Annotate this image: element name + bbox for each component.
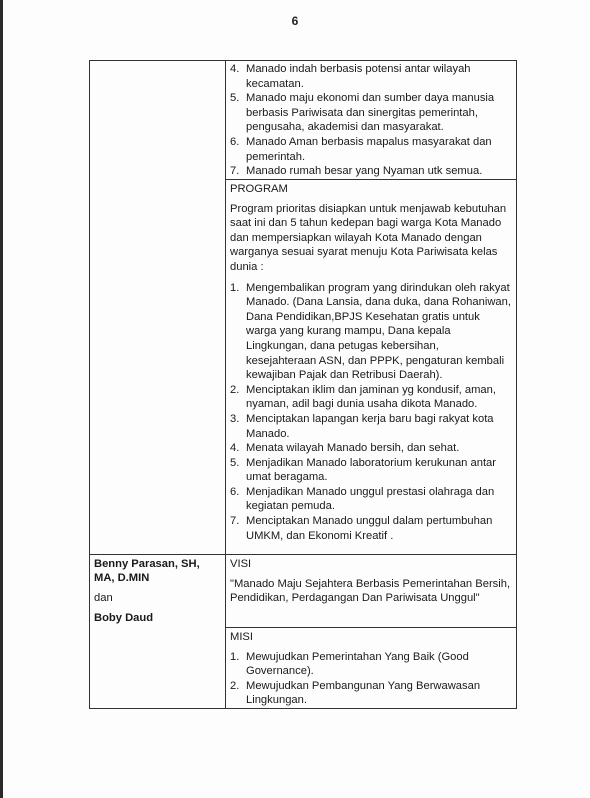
program-cell: PROGRAM Program prioritas disiapkan untu… [226, 179, 516, 547]
list-item-text: Manado rumah besar yang Nyaman utk semua… [246, 164, 512, 179]
list-item-number: 2. [230, 679, 246, 708]
conjunction: dan [94, 591, 221, 605]
misi-continued-cell: 4.Manado indah berbasis potensi antar wi… [226, 61, 516, 179]
list-item-text: Manado indah berbasis potensi antar wila… [246, 62, 512, 91]
list-item-number: 1. [230, 650, 246, 679]
list-item-text: Mewujudkan Pembangunan Yang Berwawasan L… [246, 679, 512, 708]
misi-cell: MISI 1.Mewujudkan Pemerintahan Yang Baik… [226, 627, 516, 712]
list-item-number: 6. [230, 135, 246, 164]
misi-continued-list: 4.Manado indah berbasis potensi antar wi… [230, 62, 512, 179]
list-item-text: Menjadikan Manado unggul prestasi olahra… [246, 485, 512, 514]
misi-list: 1.Mewujudkan Pemerintahan Yang Baik (Goo… [230, 650, 512, 708]
list-item-text: Manado Aman berbasis mapalus masyarakat … [246, 135, 512, 164]
list-item: 7.Manado rumah besar yang Nyaman utk sem… [230, 164, 512, 179]
list-item-number: 7. [230, 514, 246, 543]
list-item-number: 4. [230, 62, 246, 91]
list-item-number: 2. [230, 383, 246, 412]
program-title: PROGRAM [230, 182, 512, 197]
list-item: 4.Manado indah berbasis potensi antar wi… [230, 62, 512, 91]
list-item-text: Mengembalikan program yang dirindukan ol… [246, 281, 512, 383]
list-item-text: Menata wilayah Manado bersih, dan sehat. [246, 441, 512, 456]
candidate-cell: Benny Parasan, SH, MA, D.MIN dan Boby Da… [90, 555, 226, 708]
visi-text: "Manado Maju Sejahtera Berbasis Pemerint… [230, 577, 512, 606]
visi-title: VISI [230, 557, 512, 572]
list-item-text: Menciptakan iklim dan jaminan yg kondusi… [246, 383, 512, 412]
list-item: 1.Mewujudkan Pemerintahan Yang Baik (Goo… [230, 650, 512, 679]
list-item-text: Manado maju ekonomi dan sumber daya manu… [246, 91, 512, 135]
list-item: 5.Menjadikan Manado laboratorium kerukun… [230, 456, 512, 485]
program-list: 1.Mengembalikan program yang dirindukan … [230, 281, 512, 544]
list-item-number: 3. [230, 412, 246, 441]
list-item: 3.Menciptakan lapangan kerja baru bagi r… [230, 412, 512, 441]
list-item-number: 5. [230, 456, 246, 485]
page-number: 6 [0, 14, 590, 28]
list-item-number: 7. [230, 164, 246, 179]
table-row-candidate: Benny Parasan, SH, MA, D.MIN dan Boby Da… [90, 554, 516, 708]
list-item-number: 5. [230, 91, 246, 135]
list-item: 4.Menata wilayah Manado bersih, dan seha… [230, 441, 512, 456]
list-item-text: Menciptakan lapangan kerja baru bagi rak… [246, 412, 512, 441]
table-row-continued: 4.Manado indah berbasis potensi antar wi… [90, 61, 516, 554]
list-item-number: 4. [230, 441, 246, 456]
candidate-cell-empty [90, 61, 226, 554]
list-item-text: Menjadikan Manado laboratorium kerukunan… [246, 456, 512, 485]
list-item-number: 6. [230, 485, 246, 514]
list-item: 7.Menciptakan Manado unggul dalam pertum… [230, 514, 512, 543]
candidate-vision-mission-table: 4.Manado indah berbasis potensi antar wi… [89, 60, 517, 709]
list-item: 6.Menjadikan Manado unggul prestasi olah… [230, 485, 512, 514]
candidate-name-2: Boby Daud [94, 611, 221, 625]
list-item: 2.Menciptakan iklim dan jaminan yg kondu… [230, 383, 512, 412]
visi-cell: VISI "Manado Maju Sejahtera Berbasis Pem… [226, 555, 516, 627]
list-item-text: Menciptakan Manado unggul dalam pertumbu… [246, 514, 512, 543]
list-item-number: 1. [230, 281, 246, 383]
list-item: 5.Manado maju ekonomi dan sumber daya ma… [230, 91, 512, 135]
program-intro: Program prioritas disiapkan untuk menjaw… [230, 202, 512, 275]
misi-title: MISI [230, 630, 512, 645]
scan-edge-strip [0, 0, 3, 798]
list-item: 1.Mengembalikan program yang dirindukan … [230, 281, 512, 383]
list-item: 2.Mewujudkan Pembangunan Yang Berwawasan… [230, 679, 512, 708]
candidate-name-1: Benny Parasan, SH, MA, D.MIN [94, 557, 221, 585]
list-item-text: Mewujudkan Pemerintahan Yang Baik (Good … [246, 650, 512, 679]
list-item: 6.Manado Aman berbasis mapalus masyaraka… [230, 135, 512, 164]
